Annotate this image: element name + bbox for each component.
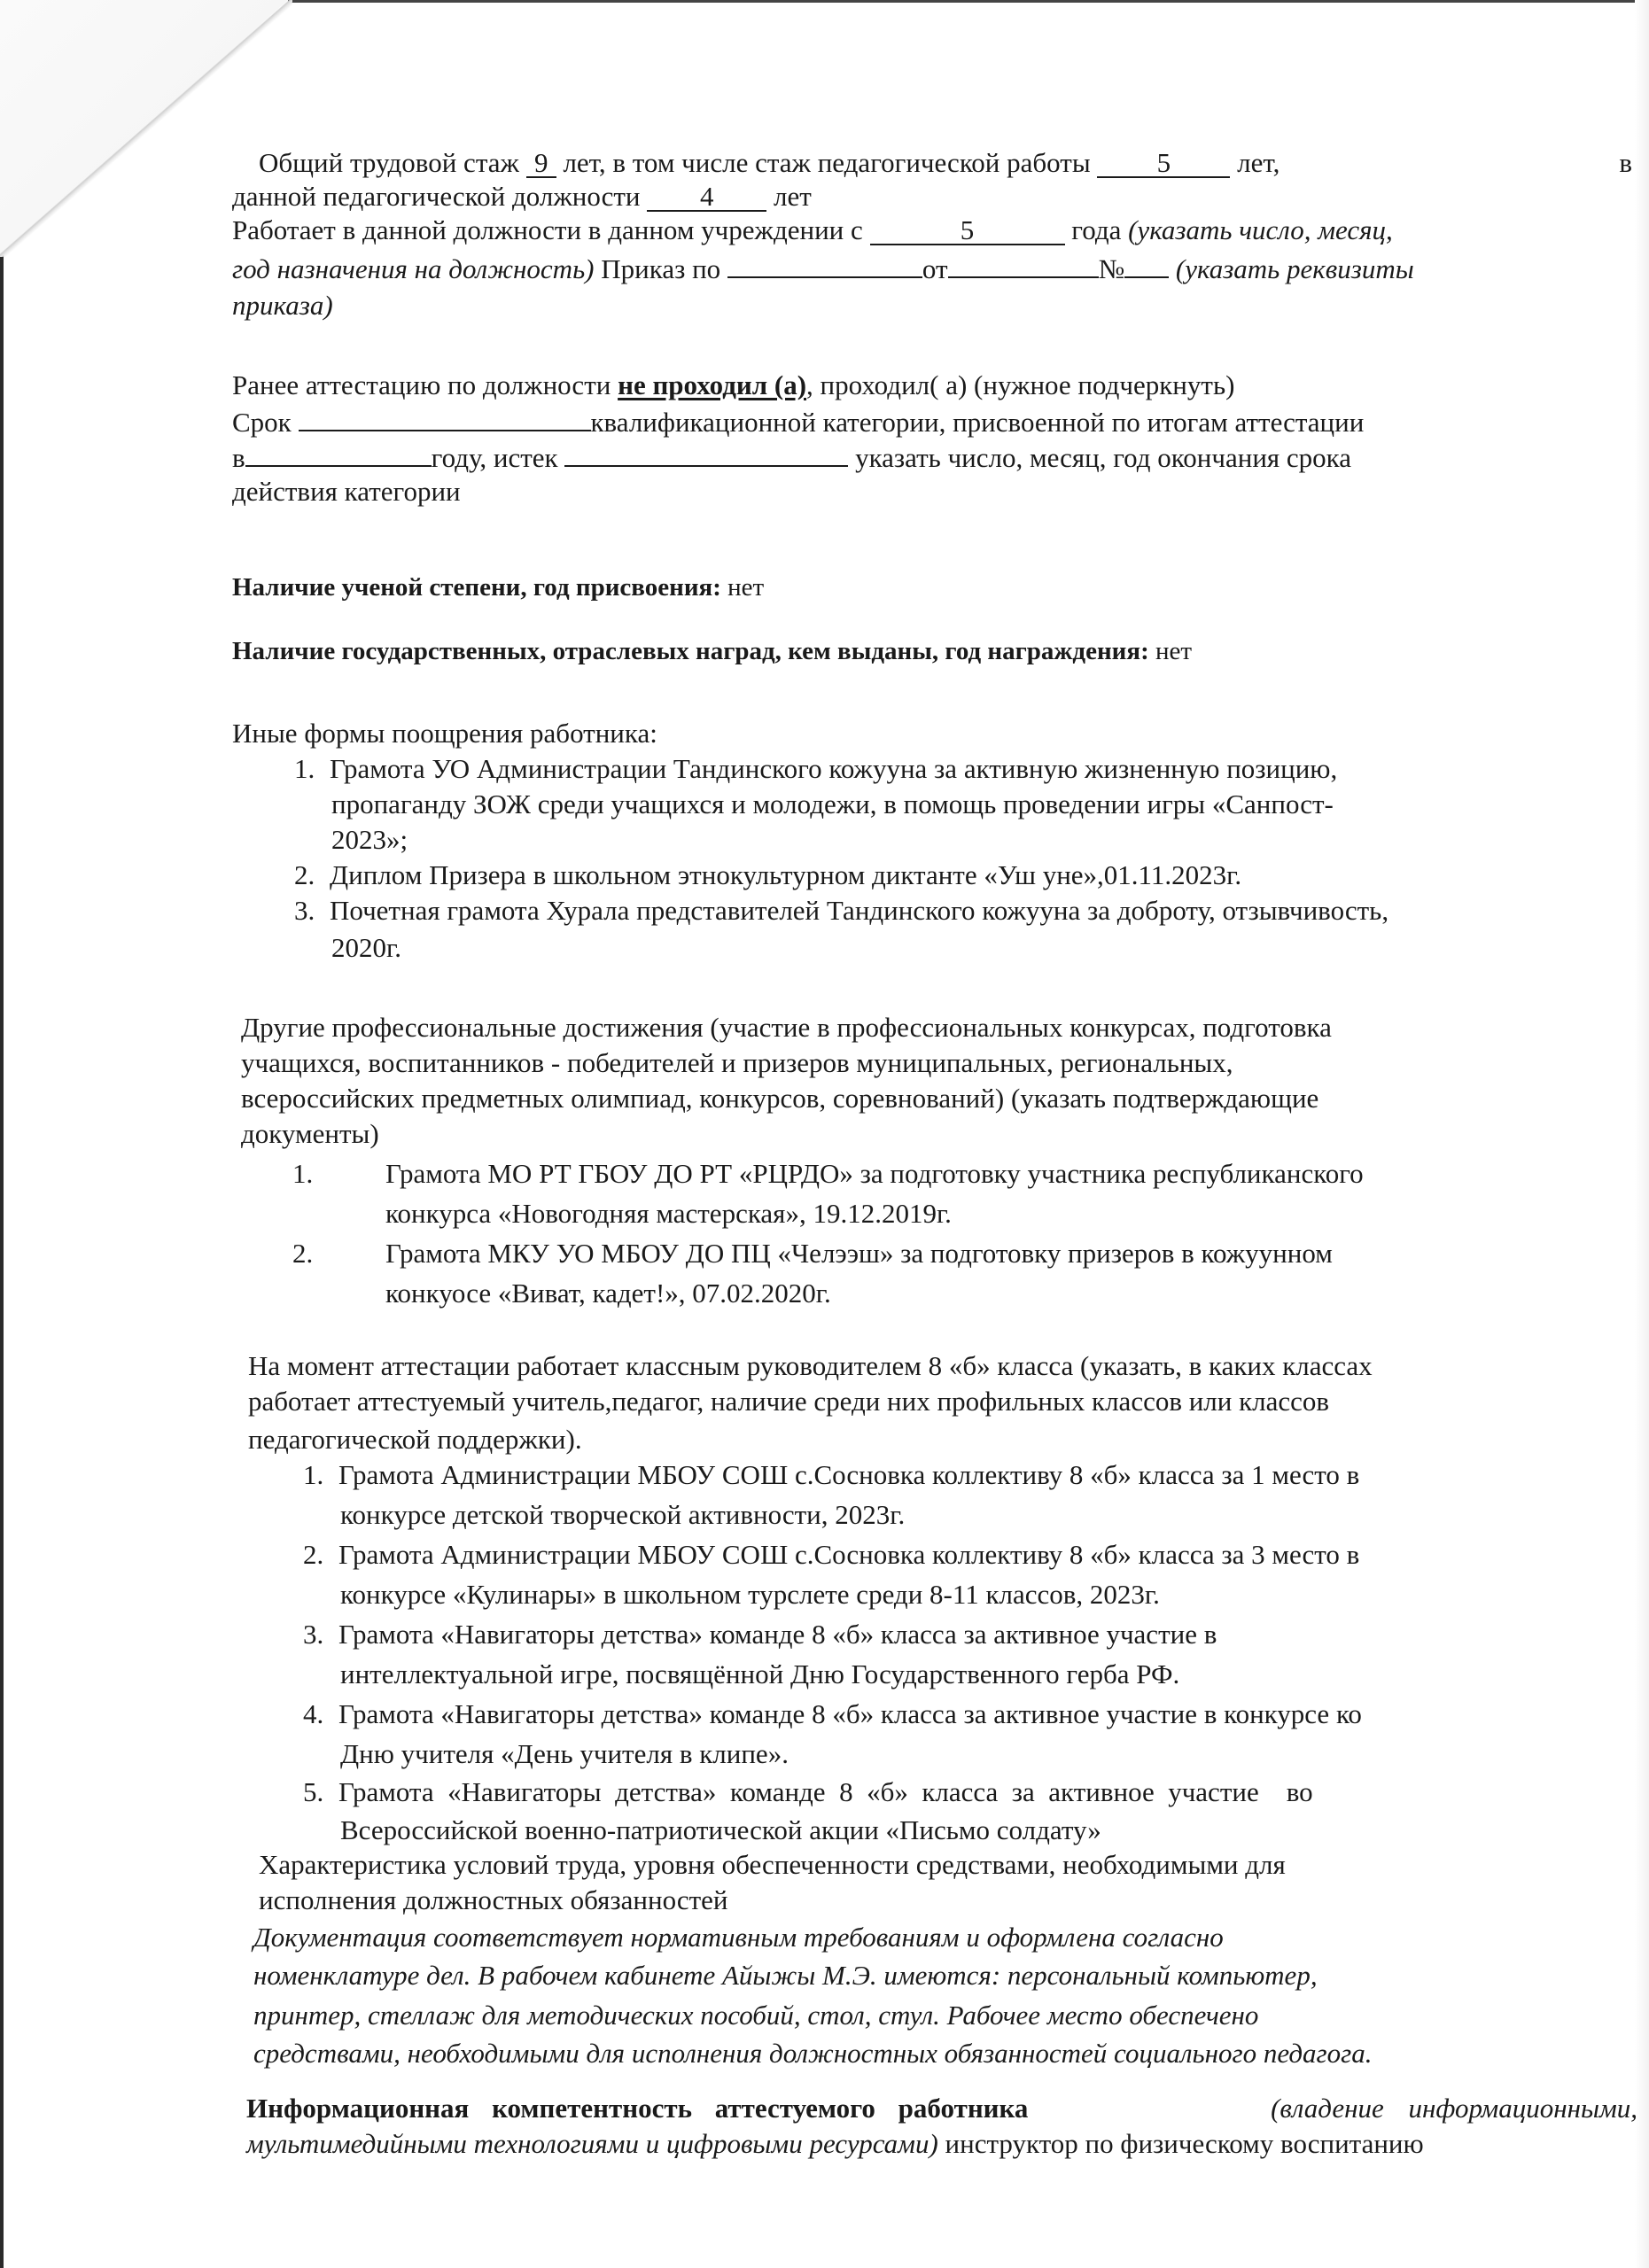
list-text: Грамота «Навигаторы детства» команде 8 «…	[338, 1776, 1313, 1807]
achievement-item-2: 2.Грамота МКУ УО МБОУ ДО ПЦ «Челээш» за …	[292, 1236, 1333, 1271]
category-year-field	[245, 439, 432, 467]
achievements-intro: учащихся, воспитанников - победителей и …	[241, 1045, 1233, 1081]
info-competence-label: Информационная компетентность аттестуемо…	[246, 2093, 1028, 2124]
category-expiry-field	[564, 439, 848, 467]
text: году, истек	[432, 442, 558, 473]
text: , проходил( а) (нужное подчеркнуть)	[806, 369, 1234, 400]
list-text: Диплом Призера в школьном этнокультурном…	[330, 859, 1241, 890]
incentive-item-1: 1.Грамота УО Администрации Тандинского к…	[294, 751, 1337, 787]
text: от	[922, 253, 948, 284]
degree-line: Наличие ученой степени, год присвоения: …	[232, 570, 764, 605]
since-value: 5	[961, 214, 975, 245]
text: №	[1099, 253, 1125, 284]
list-text: Грамота УО Администрации Тандинского кож…	[330, 753, 1337, 784]
achievement-item-1: 1.Грамота МО РТ ГБОУ ДО РТ «РЦРДО» за по…	[292, 1156, 1364, 1192]
info-competence-line-1: Информационная компетентность аттестуемо…	[246, 2091, 1637, 2126]
list-text: Грамота Администрации МБОУ СОШ с.Сосновк…	[338, 1459, 1359, 1490]
degree-value: нет	[727, 573, 764, 602]
stazh-line-3: Работает в данной должности в данном учр…	[232, 213, 1393, 248]
incentive-item-2: 2.Диплом Призера в школьном этнокультурн…	[294, 858, 1241, 893]
conditions-text: Документация соответствует нормативным т…	[253, 1920, 1224, 1955]
text: в	[1619, 145, 1632, 181]
achievement-item-1-cont: конкурса «Новогодняя мастерская», 19.12.…	[385, 1196, 952, 1231]
order-number-field	[1124, 250, 1169, 278]
list-number: 3.	[294, 893, 330, 928]
list-number: 3.	[303, 1617, 338, 1652]
conditions-text: принтер, стеллаж для методических пособи…	[253, 1998, 1258, 2033]
order-by-field	[727, 250, 922, 278]
conditions-text: средствами, необходимыми для исполнения …	[253, 2036, 1372, 2071]
text: (владение информационными,	[1271, 2091, 1637, 2126]
incentive-item-1-cont: пропаганду ЗОЖ среди учащихся и молодежи…	[331, 787, 1334, 822]
class-item-1: 1.Грамота Администрации МБОУ СОШ с.Сосно…	[303, 1457, 1359, 1493]
total-years-value: 9	[534, 147, 548, 178]
achievements-intro: документы)	[241, 1116, 379, 1152]
stazh-line-5: приказа)	[232, 288, 333, 323]
stazh-line-2: данной педагогической должности 4 лет	[232, 179, 812, 214]
text: год назначения на должность)	[232, 253, 595, 284]
scan-right-shade	[1635, 0, 1649, 2268]
list-number: 4.	[303, 1697, 338, 1732]
list-number: 2.	[294, 858, 330, 893]
info-competence-line-2: мультимедийными технологиями и цифровыми…	[246, 2126, 1424, 2162]
attestation-line-3: вгоду, истек указать число, месяц, год о…	[232, 439, 1351, 476]
list-text: Грамота Администрации МБОУ СОШ с.Сосновк…	[338, 1539, 1359, 1570]
achievement-item-2-cont: конкуосе «Виват, кадет!», 07.02.2020г.	[385, 1276, 831, 1311]
text: лет,	[1237, 147, 1280, 178]
achievements-intro: Другие профессиональные достижения (учас…	[241, 1010, 1332, 1045]
class-item-2-cont: конкурсе «Кулинары» в школьном турслете …	[340, 1577, 1160, 1612]
list-number: 1.	[294, 751, 330, 787]
class-item-1-cont: конкурсе детской творческой активности, …	[340, 1497, 905, 1533]
attestation-line-4: действия категории	[232, 474, 461, 509]
category-term-field	[299, 403, 591, 431]
classes-intro: работает аттестуемый учитель,педагог, на…	[248, 1384, 1329, 1419]
text: Срок	[232, 407, 292, 438]
list-number: 2.	[292, 1236, 385, 1271]
achievements-intro: всероссийских предметных олимпиад, конку…	[241, 1081, 1318, 1116]
awards-value: нет	[1155, 637, 1192, 665]
text: мультимедийными технологиями и цифровыми…	[246, 2128, 938, 2159]
text: Общий трудовой стаж	[259, 147, 519, 178]
awards-label: Наличие государственных, отраслевых нагр…	[232, 637, 1149, 665]
attestation-selected-option: не проходил (а)	[618, 369, 806, 400]
ped-years-value: 5	[1157, 147, 1171, 178]
class-item-5-cont: Всероссийской военно-патриотической акци…	[340, 1813, 1101, 1848]
incentive-item-3-cont: 2020г.	[331, 930, 401, 966]
conditions-text: номенклатуре дел. В рабочем кабинете Айы…	[253, 1958, 1318, 1993]
list-number: 1.	[303, 1457, 338, 1493]
text: лет	[774, 181, 812, 212]
text: данной педагогической должности	[232, 181, 641, 212]
total-years-field: 9	[526, 150, 556, 178]
stazh-line-1: Общий трудовой стаж 9 лет, в том числе с…	[259, 145, 1641, 181]
list-text: Грамота «Навигаторы детства» команде 8 «…	[338, 1698, 1362, 1729]
position-years-field: 4	[647, 183, 766, 212]
list-text: Грамота «Навигаторы детства» команде 8 «…	[338, 1619, 1217, 1650]
text: Приказ по	[601, 253, 720, 284]
attestation-line-2: Срок квалификационной категории, присвое…	[232, 403, 1364, 440]
classes-intro: На момент аттестации работает классным р…	[248, 1348, 1373, 1384]
list-number: 2.	[303, 1537, 338, 1573]
degree-label: Наличие ученой степени, год присвоения:	[232, 573, 721, 602]
text: Работает в данной должности в данном учр…	[232, 214, 863, 245]
classes-intro: педагогической поддержки).	[248, 1422, 582, 1457]
stazh-line-4: год назначения на должность) Приказ по о…	[232, 250, 1414, 287]
list-text: Почетная грамота Хурала представителей Т…	[330, 895, 1388, 926]
text: (указать число, месяц,	[1128, 214, 1393, 245]
scan-top-edge	[288, 0, 1649, 3]
info-competence-value: инструктор по физическому воспитанию	[945, 2128, 1424, 2159]
text: (указать реквизиты	[1176, 253, 1414, 284]
text: в	[232, 442, 245, 473]
attestation-line-1: Ранее аттестацию по должности не проходи…	[232, 368, 1234, 403]
conditions-title: Характеристика условий труда, уровня обе…	[259, 1847, 1286, 1883]
list-number: 1.	[292, 1156, 385, 1192]
class-item-2: 2.Грамота Администрации МБОУ СОШ с.Сосно…	[303, 1537, 1359, 1573]
ped-years-field: 5	[1097, 150, 1230, 178]
position-years-value: 4	[700, 181, 714, 212]
text: Ранее аттестацию по должности	[232, 369, 611, 400]
list-number: 5.	[303, 1775, 338, 1810]
incentives-title: Иные формы поощрения работника:	[232, 716, 657, 751]
class-item-3-cont: интеллектуальной игре, посвящённой Дню Г…	[340, 1657, 1179, 1692]
list-text: Грамота МО РТ ГБОУ ДО РТ «РЦРДО» за подг…	[385, 1158, 1364, 1189]
text: лет, в том числе стаж педагогической раб…	[563, 147, 1090, 178]
text: указать число, месяц, год окончания срок…	[855, 442, 1351, 473]
awards-line: Наличие государственных, отраслевых нагр…	[232, 633, 1192, 669]
class-item-5: 5.Грамота «Навигаторы детства» команде 8…	[303, 1775, 1313, 1810]
text: года	[1071, 214, 1121, 245]
incentive-item-3: 3.Почетная грамота Хурала представителей…	[294, 893, 1388, 928]
text: квалификационной категории, присвоенной …	[591, 407, 1365, 438]
conditions-title: исполнения должностных обязанностей	[259, 1883, 728, 1918]
since-field: 5	[870, 217, 1065, 245]
order-date-field	[948, 250, 1099, 278]
list-text: Грамота МКУ УО МБОУ ДО ПЦ «Челээш» за по…	[385, 1238, 1333, 1269]
class-item-4-cont: Дню учителя «День учителя в клипе».	[340, 1736, 789, 1772]
incentive-item-1-cont: 2023»;	[331, 822, 408, 858]
scan-left-edge	[0, 0, 4, 2268]
class-item-3: 3.Грамота «Навигаторы детства» команде 8…	[303, 1617, 1217, 1652]
class-item-4: 4.Грамота «Навигаторы детства» команде 8…	[303, 1697, 1362, 1732]
